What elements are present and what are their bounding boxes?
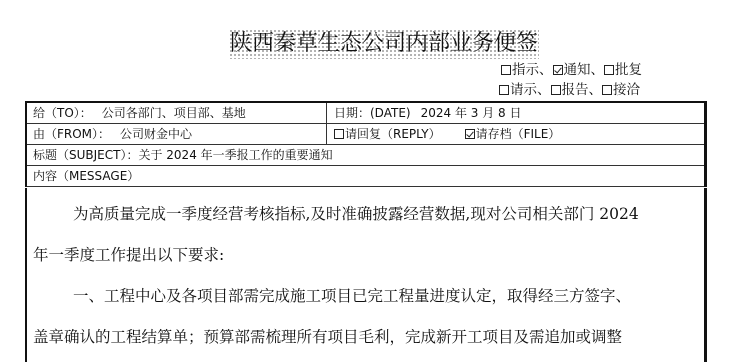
table-row-to-date: 给（TO）：公司各部门、项目部、基地 日期：(DATE)2024 年 3 月 8… — [27, 103, 704, 124]
table-row-message: 内容（MESSAGE） — [27, 166, 704, 187]
doc-type-row-2: 请示、报告、接洽 — [499, 80, 642, 100]
doc-type-notice-label: 通知、 — [564, 62, 605, 78]
subject-cell: 标题（SUBJECT）：关于 2024 年一季报工作的重要通知 — [27, 145, 704, 165]
body-line-3: 一、工程中心及各项目部需完成施工项目已完工程量进度认定，取得经三方签字、 — [73, 286, 733, 306]
from-value: 公司财金中心 — [120, 127, 192, 141]
from-label: 由（FROM）： — [33, 127, 110, 141]
reply-label: 请回复（REPLY） — [345, 127, 441, 141]
doc-type-request-label: 请示、 — [510, 82, 551, 98]
table-row-from-reply: 由（FROM）：公司财金中心 请回复（REPLY）请存档（FILE） — [27, 124, 704, 145]
checkbox-liaison[interactable] — [602, 85, 612, 95]
checkbox-report[interactable] — [551, 85, 561, 95]
subject-value: 关于 2024 年一季报工作的重要通知 — [138, 148, 332, 162]
date-label: 日期：(DATE) — [334, 106, 411, 120]
checkbox-reply[interactable] — [604, 65, 614, 75]
memo-header-table: 给（TO）：公司各部门、项目部、基地 日期：(DATE)2024 年 3 月 8… — [25, 101, 707, 187]
to-label: 给（TO）： — [33, 106, 92, 120]
date-cell: 日期：(DATE)2024 年 3 月 8 日 — [327, 103, 704, 123]
checkbox-request-reply[interactable] — [334, 129, 344, 139]
doc-type-report-label: 报告、 — [562, 82, 603, 98]
document-title: 陕西秦草生态公司内部业务便签 — [229, 29, 539, 59]
doc-type-row-1: 指示、通知、批复 — [501, 60, 642, 80]
message-body: 为高质量完成一季度经营考核指标,及时准确披露经营数据,现对公司相关部门 2024… — [25, 188, 707, 362]
body-line-4: 盖章确认的工程结算单；预算部需梳理所有项目毛利，完成新开工项目及需追加或调整 — [33, 327, 713, 347]
doc-type-liaison-label: 接洽 — [613, 82, 640, 98]
checkbox-request[interactable] — [499, 85, 509, 95]
body-line-1: 为高质量完成一季度经营考核指标,及时准确披露经营数据,现对公司相关部门 2024 — [73, 204, 733, 224]
doc-type-reply-label: 批复 — [615, 62, 642, 78]
to-value: 公司各部门、项目部、基地 — [102, 106, 246, 120]
message-label: 内容（MESSAGE） — [33, 169, 139, 183]
checkbox-notice-checked[interactable] — [553, 65, 563, 75]
subject-label: 标题（SUBJECT）： — [33, 148, 138, 162]
doc-type-instruction-label: 指示、 — [512, 62, 553, 78]
date-value: 2024 年 3 月 8 日 — [421, 106, 522, 120]
document-type-checklist: 指示、通知、批复 请示、报告、接洽 — [501, 60, 642, 100]
reply-file-cell: 请回复（REPLY）请存档（FILE） — [327, 124, 704, 144]
file-label: 请存档（FILE） — [476, 127, 561, 141]
checkbox-instruction[interactable] — [501, 65, 511, 75]
checkbox-request-file-checked[interactable] — [465, 129, 475, 139]
message-cell: 内容（MESSAGE） — [27, 166, 704, 186]
to-cell: 给（TO）：公司各部门、项目部、基地 — [27, 103, 327, 123]
from-cell: 由（FROM）：公司财金中心 — [27, 124, 327, 144]
table-row-subject: 标题（SUBJECT）：关于 2024 年一季报工作的重要通知 — [27, 145, 704, 166]
body-line-2: 年一季度工作提出以下要求: — [33, 245, 713, 265]
